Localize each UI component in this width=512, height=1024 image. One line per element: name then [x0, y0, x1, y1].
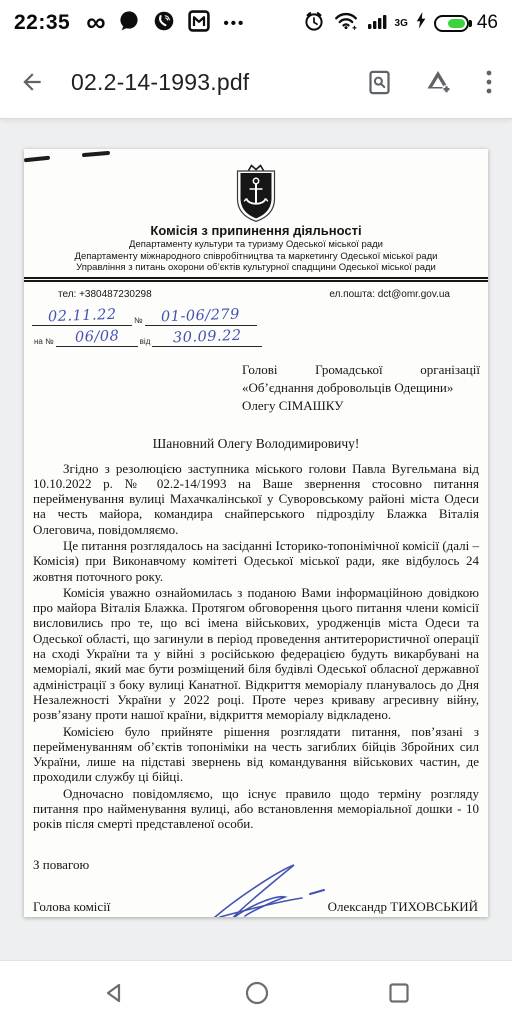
org-subtitle-lines: Департаменту культури та туризму Одесько…	[24, 239, 488, 274]
alarm-clock-icon	[303, 10, 325, 37]
scan-artifact-mark	[24, 156, 50, 163]
addressee-line: Олегу СІМАШКУ	[242, 397, 480, 415]
add-to-drive-icon[interactable]	[424, 68, 454, 96]
incoming-number-field: 06/08	[56, 328, 138, 347]
no-label: №	[132, 316, 145, 326]
pdf-toolbar: 02.2-14-1993.pdf	[0, 46, 512, 118]
letter-body: Згідно з резолюцією заступника міського …	[24, 452, 488, 832]
addressee-block: Голові Громадської організації «Об’єднан…	[242, 361, 480, 415]
gmail-icon	[188, 10, 210, 37]
addressee-line: Голові Громадської організації	[242, 361, 480, 379]
paragraph: Одночасно повідомляємо, що існує правило…	[33, 786, 479, 832]
outgoing-date-field: 02.11.22	[32, 307, 132, 326]
nav-back-icon[interactable]	[102, 981, 126, 1005]
na-no-label: на №	[32, 337, 56, 347]
signer-name: Олександр ТИХОВСЬКИЙ	[328, 899, 478, 915]
viber-icon	[153, 10, 175, 37]
signer-title: Голова комісії	[33, 899, 110, 915]
closing-phrase: З повагою	[33, 857, 488, 873]
infinity-icon: ∞	[86, 12, 105, 32]
outgoing-number-field: 01-06/279	[145, 307, 257, 326]
incoming-date-field: 30.09.22	[152, 328, 262, 347]
phone-screen: 22:35 ∞ •••	[0, 0, 512, 1024]
paragraph: Комісія уважно ознайомилась з поданою Ва…	[33, 585, 479, 723]
addressee-line: «Об’єднання добровольців Одещини»	[242, 379, 480, 397]
document-page: Комісія з припинення діяльності Департам…	[24, 149, 488, 917]
clock-time: 22:35	[14, 11, 70, 35]
reference-numbers-block: 02.11.22 № 01-06/279 на № 06/08 від 30.0…	[32, 307, 264, 347]
signal-bars-icon	[367, 12, 389, 35]
battery-icon	[434, 15, 469, 32]
org-title: Комісія з припинення діяльності	[24, 223, 488, 238]
more-notifications-icon: •••	[223, 15, 245, 32]
system-status-icons: 3G 46	[303, 10, 498, 37]
back-arrow-icon[interactable]	[19, 69, 45, 95]
document-title: 02.2-14-1993.pdf	[71, 69, 249, 96]
notification-icons: ∞ •••	[86, 10, 245, 37]
org-line: Управління з питань охорони об’єктів кул…	[24, 262, 488, 274]
contact-row: тел: +380487230298 ел.пошта: dct@omr.gov…	[24, 282, 488, 300]
battery-percent: 46	[477, 12, 498, 34]
incoming-ref-line: на № 06/08 від 30.09.22	[32, 328, 264, 347]
status-bar: 22:35 ∞ •••	[0, 0, 512, 46]
vid-label: від	[138, 337, 153, 347]
pdf-viewport[interactable]: Комісія з припинення діяльності Департам…	[0, 118, 512, 960]
scan-artifact-mark	[82, 151, 110, 157]
nav-recents-icon[interactable]	[388, 982, 410, 1004]
android-nav-bar	[0, 960, 512, 1024]
nav-home-icon[interactable]	[244, 980, 270, 1006]
wifi-icon	[333, 10, 359, 36]
signature-row: Голова комісії Олександр ТИХОВСЬКИЙ	[33, 899, 478, 915]
phone-label: тел: +380487230298	[58, 289, 152, 300]
odesa-coat-of-arms	[233, 164, 279, 222]
org-line: Департаменту міжнародного співробітництв…	[24, 251, 488, 263]
search-in-document-icon[interactable]	[366, 69, 393, 96]
salutation: Шановний Олегу Володимировичу!	[24, 436, 488, 452]
overflow-menu-icon[interactable]	[485, 69, 493, 95]
paragraph: Комісією було прийняте рішення розглядат…	[33, 724, 479, 785]
chat-bubble-icon	[118, 10, 140, 37]
outgoing-ref-line: 02.11.22 № 01-06/279	[32, 307, 264, 326]
org-line: Департаменту культури та туризму Одесько…	[24, 239, 488, 251]
paragraph: Згідно з резолюцією заступника міського …	[33, 461, 479, 537]
email-label: ел.пошта: dct@omr.gov.ua	[329, 289, 450, 300]
paragraph: Це питання розглядалось на засіданні Іст…	[33, 538, 479, 584]
network-type-label: 3G	[395, 18, 408, 29]
charging-bolt-icon	[416, 12, 426, 34]
